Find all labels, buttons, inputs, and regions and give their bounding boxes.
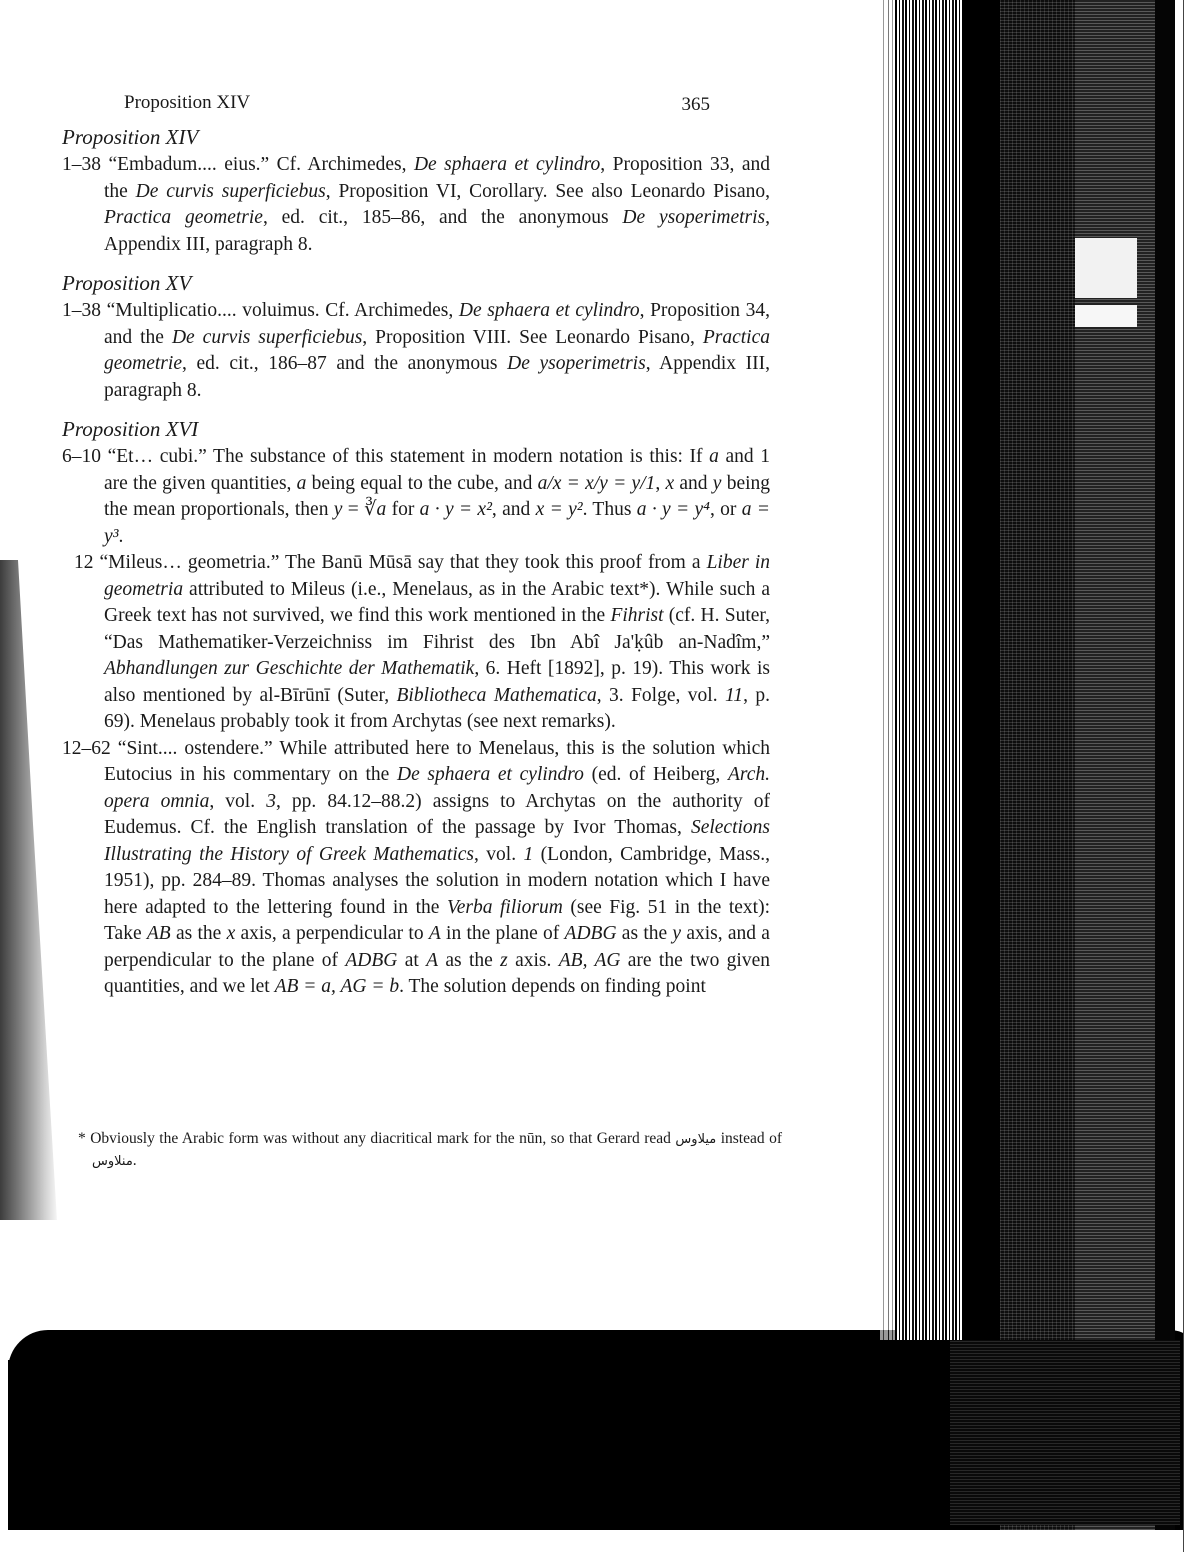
italic-text: Practica geometrie — [104, 207, 263, 228]
line-reference: 6–10 — [62, 446, 101, 467]
italic-text: De curvis superficiebus — [136, 181, 326, 202]
line-reference: 1–38 — [62, 300, 101, 321]
book-cover-edge — [962, 0, 1000, 1530]
note-text: , and — [492, 499, 536, 520]
footnote-text: instead of — [716, 1130, 782, 1147]
italic-text: a — [297, 473, 307, 494]
italic-text: De curvis superficiebus — [172, 327, 362, 348]
line-note: 1–38 “Embadum.... eius.” Cf. Archimedes,… — [62, 152, 770, 258]
italic-text: De sphaera et cylindro — [459, 300, 640, 321]
italic-text: a — [709, 446, 719, 467]
cover-texture — [1000, 0, 1075, 1530]
italic-text: 1 — [524, 844, 534, 865]
book-page: Proposition XIV 365 Proposition XIV1–38 … — [62, 88, 770, 1001]
footnote-text: . — [133, 1152, 137, 1169]
italic-text: a · y = x² — [420, 499, 492, 520]
note-text: at — [397, 950, 426, 971]
line-reference: 12 — [74, 552, 94, 573]
note-text: , Proposition VIII. See Leonardo Pisano, — [362, 327, 703, 348]
line-note: 12–62 “Sint.... ostendere.” While attrib… — [62, 736, 770, 1001]
note-text: axis. — [508, 950, 559, 971]
cover-dark-edge — [1155, 0, 1175, 1530]
italic-text: a/x = x/y = y/1 — [538, 473, 656, 494]
note-text: , vol. — [209, 791, 266, 812]
section-heading: Proposition XVI — [62, 414, 770, 444]
note-text: for — [386, 499, 419, 520]
note-text: . The solution depends on finding point — [399, 976, 706, 997]
line-note: 1–38 “Multiplicatio.... voluimus. Cf. Ar… — [62, 298, 770, 404]
cover-highlight — [1075, 238, 1137, 298]
notes-body: Proposition XIV1–38 “Embadum.... eius.” … — [62, 122, 770, 1001]
note-text: as the — [617, 923, 673, 944]
gutter-shadow — [0, 560, 60, 1220]
note-text: as the — [171, 923, 227, 944]
page-edges-light — [880, 0, 896, 1340]
note-text: “Et… cubi.” The substance of this statem… — [108, 446, 710, 467]
italic-text: De sphaera et cylindro — [414, 154, 600, 175]
cover-highlight — [1075, 305, 1137, 327]
italic-text: Verba filiorum — [447, 897, 563, 918]
italic-text: ADBG — [565, 923, 617, 944]
note-text: , vol. — [474, 844, 524, 865]
italic-text: z — [500, 950, 508, 971]
line-note: 12 “Mileus… geometria.” The Banū Mūsā sa… — [62, 550, 770, 736]
italic-text: A — [426, 950, 438, 971]
italic-text: x — [227, 923, 236, 944]
running-head: Proposition XIV 365 — [62, 88, 770, 122]
section-heading: Proposition XV — [62, 268, 770, 298]
book-page-edges — [895, 0, 965, 1340]
italic-text: A — [429, 923, 441, 944]
note-text: , 3. Folge, vol. — [597, 685, 725, 706]
italic-text: x = y² — [536, 499, 583, 520]
line-note: 6–10 “Et… cubi.” The substance of this s… — [62, 444, 770, 550]
footnote-arabic-read: ميلاوس — [675, 1132, 716, 1147]
note-text: “Multiplicatio.... voluimus. Cf. Archime… — [107, 300, 459, 321]
italic-text: Fihrist — [610, 605, 663, 626]
italic-text: 3 — [266, 791, 276, 812]
note-text: “Embadum.... eius.” Cf. Archimedes, — [108, 154, 414, 175]
footnote-arabic-correct: منلاوس — [92, 1154, 133, 1169]
section-gap — [62, 258, 770, 268]
note-text: . — [119, 526, 124, 547]
note-text: , Proposition VI, Corollary. See also Le… — [326, 181, 770, 202]
note-text: , ed. cit., 185–86, and the anonymous — [263, 207, 622, 228]
note-text: = ∛ — [342, 499, 376, 520]
italic-text: a — [377, 499, 387, 520]
footnote-marker: * — [78, 1130, 86, 1147]
note-text: , or — [710, 499, 742, 520]
note-text: , — [655, 473, 665, 494]
note-text: . Thus — [583, 499, 637, 520]
section-gap — [62, 404, 770, 414]
note-text: axis, a perpendicular to — [235, 923, 429, 944]
italic-text: x — [665, 473, 674, 494]
note-text: in the plane of — [441, 923, 565, 944]
running-head-title: Proposition XIV — [124, 92, 250, 114]
italic-text: ADBG — [345, 950, 397, 971]
note-text: (ed. of Heiberg, — [584, 764, 728, 785]
italic-text: Abhandlungen zur Geschichte der Mathemat… — [104, 658, 474, 679]
italic-text: Bibliotheca Mathematica — [397, 685, 597, 706]
italic-text: De ysoperimetris — [507, 353, 646, 374]
line-reference: 12–62 — [62, 738, 111, 759]
italic-text: De ysoperimetris — [622, 207, 765, 228]
footnote-text: Obviously the Arabic form was without an… — [90, 1130, 675, 1147]
note-text: as the — [438, 950, 500, 971]
italic-text: AB = a, AG = b — [275, 976, 400, 997]
italic-text: AB, AG — [559, 950, 621, 971]
line-reference: 1–38 — [62, 154, 101, 175]
section-heading: Proposition XIV — [62, 122, 770, 152]
note-text: “Mileus… geometria.” The Banū Mūsā say t… — [100, 552, 707, 573]
italic-text: De sphaera et cylindro — [397, 764, 584, 785]
italic-text: AB — [147, 923, 171, 944]
cover-bottom-texture — [950, 1340, 1180, 1525]
note-text: , ed. cit., 186–87 and the anonymous — [182, 353, 507, 374]
italic-text: y — [672, 923, 681, 944]
scan-right-margin — [1183, 0, 1200, 1552]
footnote: * Obviously the Arabic form was without … — [78, 1128, 782, 1172]
note-text: and — [674, 473, 713, 494]
italic-text: 11 — [725, 685, 743, 706]
note-text: being equal to the cube, and — [306, 473, 537, 494]
page-number: 365 — [682, 94, 711, 116]
italic-text: a · y = y⁴ — [637, 499, 710, 520]
